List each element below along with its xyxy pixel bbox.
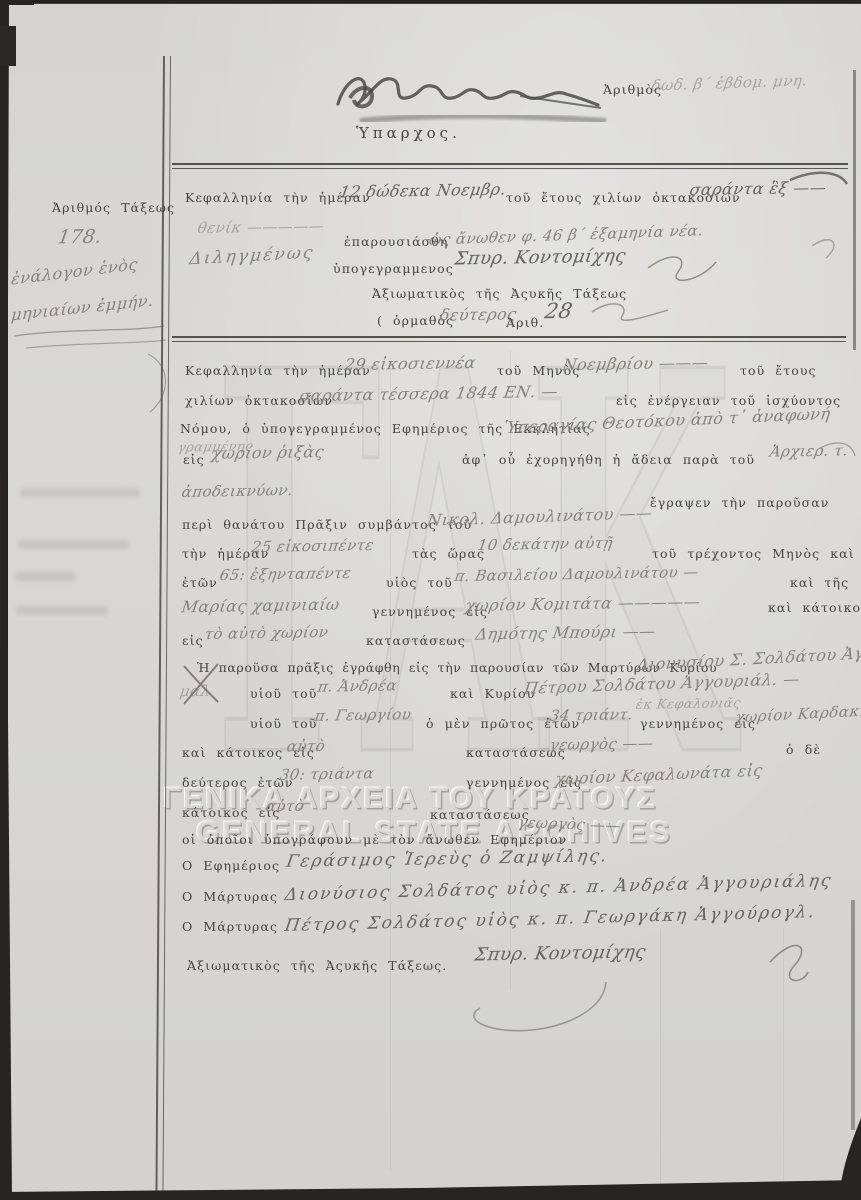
wrote-present-label: ἔγραψεν τὴν παροῦσαν xyxy=(650,495,830,510)
mother-name-handwriting: Μαρίας χαμινιαίω xyxy=(180,595,341,617)
age-label: ἐτῶν xyxy=(182,575,218,590)
license-label: ἀφ᾽ οὗ ἐχορηγήθη ἡ ἄδεια παρὰ τοῦ xyxy=(462,452,755,467)
age-handwriting: 65: ἑξηνταπέντε xyxy=(218,564,352,584)
second-status-label: καταστάσεως xyxy=(430,807,530,822)
office-title: Ὑπαρχος. xyxy=(356,124,461,142)
witness2-father-handwriting: π. Γεωργίου xyxy=(313,705,412,725)
priest-signature-label: Ο Εφημέριος xyxy=(182,858,280,873)
ink-bleed-smudge xyxy=(20,488,140,497)
witness1-father-handwriting: π. Ἀνδρέα xyxy=(316,676,398,695)
year-handwriting: σαράντα ἓξ —— xyxy=(688,178,828,199)
second-intro-label: ὁ δὲ xyxy=(786,742,821,757)
son-of-label: υἱὸς τοῦ xyxy=(386,575,453,590)
header-double-rule xyxy=(172,163,848,169)
act-number-handwriting: 28 xyxy=(543,299,574,323)
officer-title-label: Ἀξιωματικὸς τῆς Ἀςυκῆς Τάξεως xyxy=(372,286,627,301)
hour-label: τὰς ὥρας xyxy=(412,546,485,561)
ink-bleed-smudge xyxy=(14,572,76,581)
second-age-label: δεύτερος ἐτῶν xyxy=(182,775,294,790)
first-origin-handwriting: ἐκ Κεφαλονιᾶς xyxy=(635,696,742,713)
ink-bleed-smudge xyxy=(18,540,130,549)
first-age-handwriting: 34 τριάντ. xyxy=(548,705,634,724)
paper-crease xyxy=(783,928,784,1192)
witness2-son-of-label: υἱοῦ τοῦ xyxy=(250,716,317,731)
archive-scan-page: { "doc": { "colors": { "paper": "#d7d6d2… xyxy=(0,0,861,1200)
second-residence-handwriting: αὐτὸ xyxy=(265,797,306,816)
second-age-handwriting: 30: τριάντα xyxy=(278,764,375,784)
status-handwriting: Δημότης Μπούρι —— xyxy=(474,621,657,643)
undersigned-label: ὑπογεγραμμενος xyxy=(333,261,454,276)
first-residence-handwriting: αὐτὸ xyxy=(286,737,327,756)
witness1-son-of-label: υἱοῦ τοῦ xyxy=(250,686,317,701)
sign-with-priest-label: οἱ ὁποῖοι ὑπογράφουν μὲ τὸν ἄνωθεν Εφημέ… xyxy=(182,832,567,847)
witness2-signature-label: Ο Μάρτυρας xyxy=(182,919,278,934)
license-authority-handwriting: Ἀρχιερ. τ. xyxy=(768,441,849,460)
and-of-label: καὶ τῆς xyxy=(790,575,849,590)
ink-bleed-smudge xyxy=(16,606,108,615)
paper-crease xyxy=(390,358,391,1170)
status-label: καταστάσεως xyxy=(366,633,466,648)
residence-prefix-label: εἰς xyxy=(182,633,204,648)
day-handwriting: 12 δώδεκα Νοεμβρ. xyxy=(338,180,507,202)
margin-handwriting: μαλ xyxy=(179,682,213,701)
hour-handwriting: 10 δεκάτην αὐτῇ xyxy=(476,534,614,554)
note-handwriting: ἀποδεικνύων. xyxy=(180,481,294,501)
act-day-handwriting: 29 εἰκοσιεννέα xyxy=(343,353,477,374)
witness1-signature-label: Ο Μάρτυρας xyxy=(182,889,278,904)
residence-handwriting: τὸ αὐτὸ χωρίον xyxy=(203,623,329,643)
month-handwriting: Νοεμβρίου ——— xyxy=(561,353,710,375)
officer-signature: Σπυρ. Κοντομίχης xyxy=(473,942,647,966)
village-handwriting: χωρίον ῥιξὰς xyxy=(210,442,325,463)
officer-signature-label: Ἀξιωματικὸς τῆς Ἀςυκῆς Τάξεως. xyxy=(187,958,447,973)
order-number-handwriting: 178. xyxy=(56,226,104,249)
order-number-label: Ἀριθμός Τάξεως xyxy=(52,200,175,215)
resident-label: καὶ κάτοικος xyxy=(768,600,861,615)
death-day-handwriting: 25 εἰκοσιπέντε xyxy=(250,536,375,556)
paper-crease xyxy=(660,928,661,1190)
village-prefix-label: εἰς xyxy=(183,452,205,467)
year-of-label: τοῦ ἔτους xyxy=(740,363,817,378)
act-number-label: Ἀριθ. xyxy=(506,315,544,330)
section-double-rule xyxy=(172,336,846,342)
margin-handwriting: θενίκ ————— xyxy=(196,217,325,237)
first-status-handwriting: γεωργὸς —— xyxy=(548,734,654,754)
current-month-label: τοῦ τρέχοντος Μηνὸς καὶ ἔτους xyxy=(652,546,861,561)
undersigned-signature: Σπυρ. Κοντομίχης xyxy=(453,246,627,270)
